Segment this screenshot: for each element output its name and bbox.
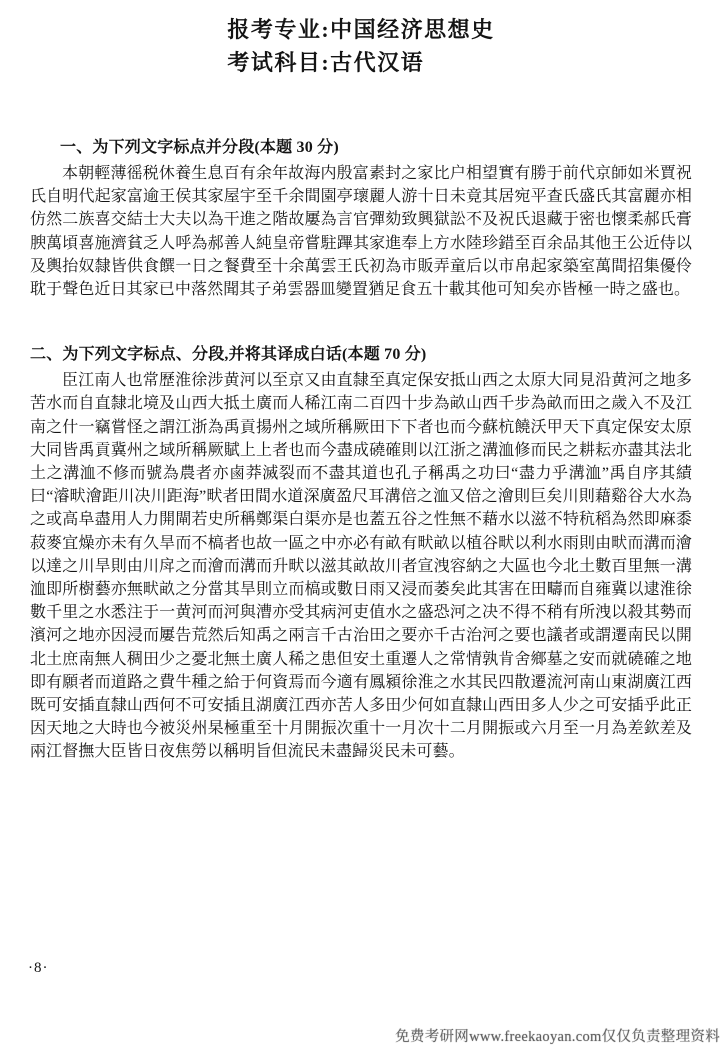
title-block: 报考专业:中国经济思想史 考试科目:古代汉语 bbox=[0, 0, 722, 79]
page-number: ·8· bbox=[28, 960, 49, 977]
title-inner: 报考专业:中国经济思想史 考试科目:古代汉语 bbox=[227, 13, 494, 79]
question-1-section: 一、为下列文字标点并分段(本题 30 分) 本朝輕薄徭税休養生息百有余年故海内殷… bbox=[30, 136, 692, 301]
question-2-section: 二、为下列文字标点、分段,并将其译成白话(本题 70 分) 臣江南人也常歷淮徐涉… bbox=[30, 343, 692, 763]
question-1-heading: 一、为下列文字标点并分段(本题 30 分) bbox=[30, 136, 692, 159]
exam-major-title: 报考专业:中国经济思想史 bbox=[227, 13, 494, 46]
exam-paper-page: 报考专业:中国经济思想史 考试科目:古代汉语 一、为下列文字标点并分段(本题 3… bbox=[0, 0, 722, 1046]
exam-subject-title: 考试科目:古代汉语 bbox=[227, 46, 494, 79]
watermark-text: 免费考研网www.freekaoyan.com仅仅负责整理资料 bbox=[395, 1025, 720, 1046]
question-2-passage: 臣江南人也常歷淮徐涉黄河以至京又由直隸至真定保安抵山西之太原大同見沿黄河之地多苦… bbox=[30, 369, 692, 763]
page-content: 一、为下列文字标点并分段(本题 30 分) 本朝輕薄徭税休養生息百有余年故海内殷… bbox=[0, 136, 722, 764]
question-2-heading: 二、为下列文字标点、分段,并将其译成白话(本题 70 分) bbox=[30, 343, 692, 366]
question-1-passage: 本朝輕薄徭税休養生息百有余年故海内殷富素封之家比户相望實有勝于前代京師如米賈祝氏… bbox=[30, 162, 692, 301]
